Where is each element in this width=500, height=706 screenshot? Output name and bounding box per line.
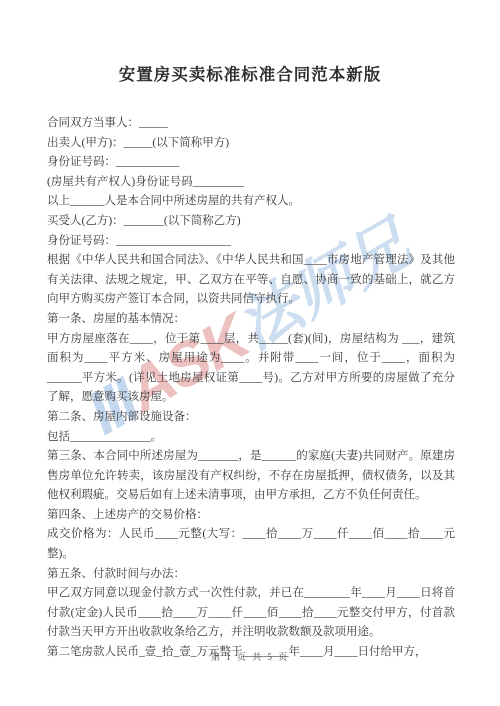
clause-5-heading: 第五条、付款时间与办法： bbox=[47, 565, 455, 585]
clause-2-heading: 第二条、房屋内部设施设备： bbox=[47, 408, 455, 428]
paragraph-seller-id: 身份证号码：___________ bbox=[47, 153, 455, 173]
clause-3-body: 第三条、本合同中所述房屋为_______，是______的家庭(夫妻)共同财产。… bbox=[47, 447, 455, 506]
document-title: 安置房买卖标准标准合同范本新版 bbox=[0, 61, 500, 85]
paragraph-buyer: 买受人(乙方)：_______(以下简称乙方) bbox=[47, 212, 455, 232]
clause-5-body: 甲乙双方同意以现金付款方式一次性付款，并已在________年____月____… bbox=[47, 584, 455, 643]
document-body: 合同双方当事人：_____ 出卖人(甲方)：_____(以下简称甲方) 身份证号… bbox=[47, 114, 455, 663]
clause-4-body: 成交价格为：人民币____元整(大写：____拾____万____仟____佰_… bbox=[47, 525, 455, 564]
paragraph-legal-basis: 根据《中华人民共和国合同法》、《中华人民共和国____市房地产管理法》及其他有关… bbox=[47, 251, 455, 310]
clause-1-body: 甲方房屋座落在____，位于第____层，共_____(套)(间)，房屋结构为 … bbox=[47, 330, 455, 408]
paragraph-buyer-id: 身份证号码：____________________ bbox=[47, 232, 455, 252]
clause-1-heading: 第一条、房屋的基本情况： bbox=[47, 310, 455, 330]
paragraph-coowner-count: 以上______人是本合同中所述房屋的共有产权人。 bbox=[47, 192, 455, 212]
paragraph-coowner-id: (房屋共有产权人)身份证号码_________ bbox=[47, 173, 455, 193]
clause-4-heading: 第四条、上述房产的交易价格： bbox=[47, 506, 455, 526]
paragraph-contract-parties: 合同双方当事人：_____ bbox=[47, 114, 455, 134]
paragraph-seller: 出卖人(甲方)：_____(以下简称甲方) bbox=[47, 134, 455, 154]
page-number: 第 1 页 共 5 页 bbox=[0, 650, 500, 663]
contract-page: IIIASK法师兄 安置房买卖标准标准合同范本新版 合同双方当事人：_____ … bbox=[0, 0, 500, 706]
clause-2-body: 包括______________。 bbox=[47, 428, 455, 448]
